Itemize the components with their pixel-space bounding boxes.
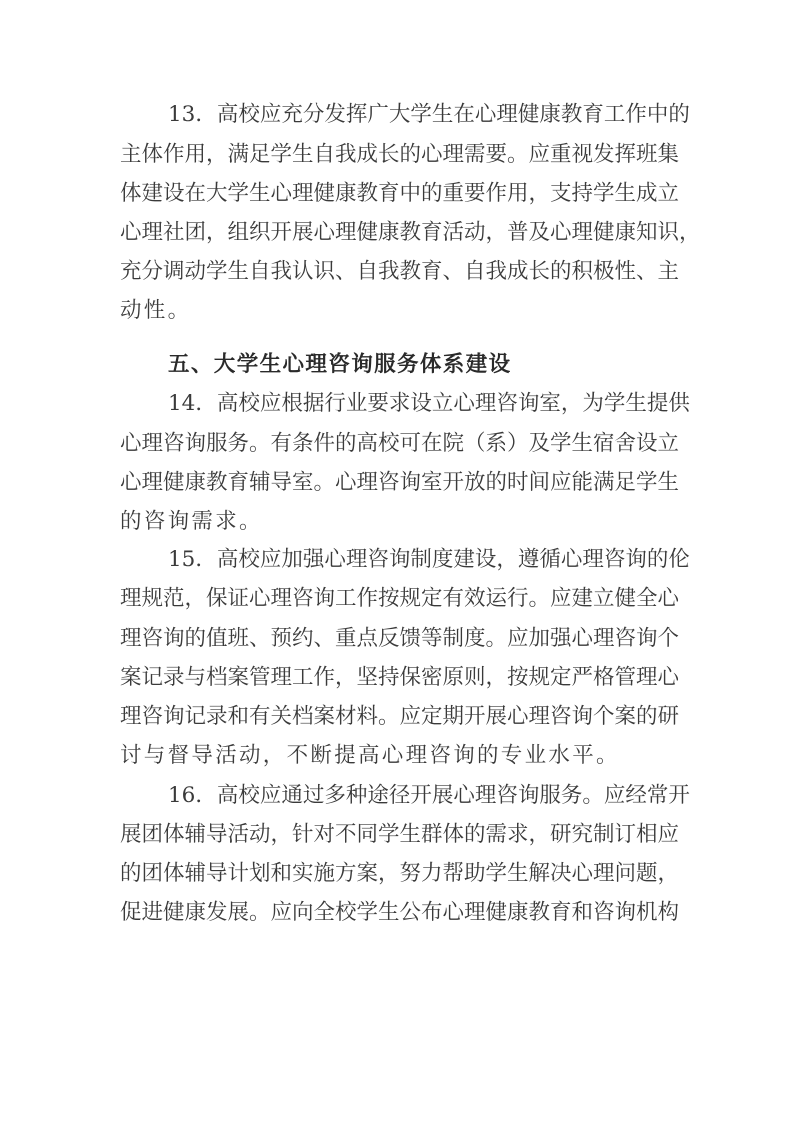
paragraph-15-line-6: 讨与督导活动，不断提高心理咨询的专业水平。	[120, 742, 673, 770]
paragraph-13-line-6: 动性。	[120, 297, 673, 325]
paragraph-13-line-3: 体建设在大学生心理健康教育中的重要作用，支持学生成立	[120, 180, 673, 208]
paragraph-15-line-5: 理咨询记录和有关档案材料。应定期开展心理咨询个案的研	[120, 703, 673, 731]
paragraph-13-line-2: 主体作用，满足学生自我成长的心理需要。应重视发挥班集	[120, 141, 673, 169]
paragraph-15-line-3: 理咨询的值班、预约、重点反馈等制度。应加强心理咨询个	[120, 625, 673, 653]
paragraph-16-line-4: 促进健康发展。应向全校学生公布心理健康教育和咨询机构	[120, 899, 673, 927]
paragraph-15-line-4: 案记录与档案管理工作，坚持保密原则，按规定严格管理心	[120, 664, 673, 692]
paragraph-16-line-3: 的团体辅导计划和实施方案，努力帮助学生解决心理问题，	[120, 860, 673, 888]
section-heading: 五、大学生心理咨询服务体系建设	[168, 351, 512, 379]
paragraph-14-line-3: 心理健康教育辅导室。心理咨询室开放的时间应能满足学生	[120, 469, 673, 497]
paragraph-15-line-2: 理规范，保证心理咨询工作按规定有效运行。应建立健全心	[120, 585, 673, 613]
paragraph-13-line-4: 心理社团，组织开展心理健康教育活动，普及心理健康知识，	[120, 219, 673, 247]
paragraph-15-line-1: 15．高校应加强心理咨询制度建设，遵循心理咨询的伦	[168, 546, 673, 574]
document-page: 13．高校应充分发挥广大学生在心理健康教育工作中的 主体作用，满足学生自我成长的…	[0, 0, 793, 1122]
paragraph-13-line-1: 13．高校应充分发挥广大学生在心理健康教育工作中的	[168, 101, 673, 129]
paragraph-14-line-1: 14．高校应根据行业要求设立心理咨询室，为学生提供	[168, 390, 673, 418]
paragraph-16-line-2: 展团体辅导活动，针对不同学生群体的需求，研究制订相应	[120, 821, 673, 849]
paragraph-14-line-4: 的咨询需求。	[120, 508, 673, 536]
paragraph-14-line-2: 心理咨询服务。有条件的高校可在院（系）及学生宿舍设立	[120, 430, 673, 458]
paragraph-16-line-1: 16．高校应通过多种途径开展心理咨询服务。应经常开	[168, 782, 673, 810]
paragraph-13-line-5: 充分调动学生自我认识、自我教育、自我成长的积极性、主	[120, 258, 673, 286]
